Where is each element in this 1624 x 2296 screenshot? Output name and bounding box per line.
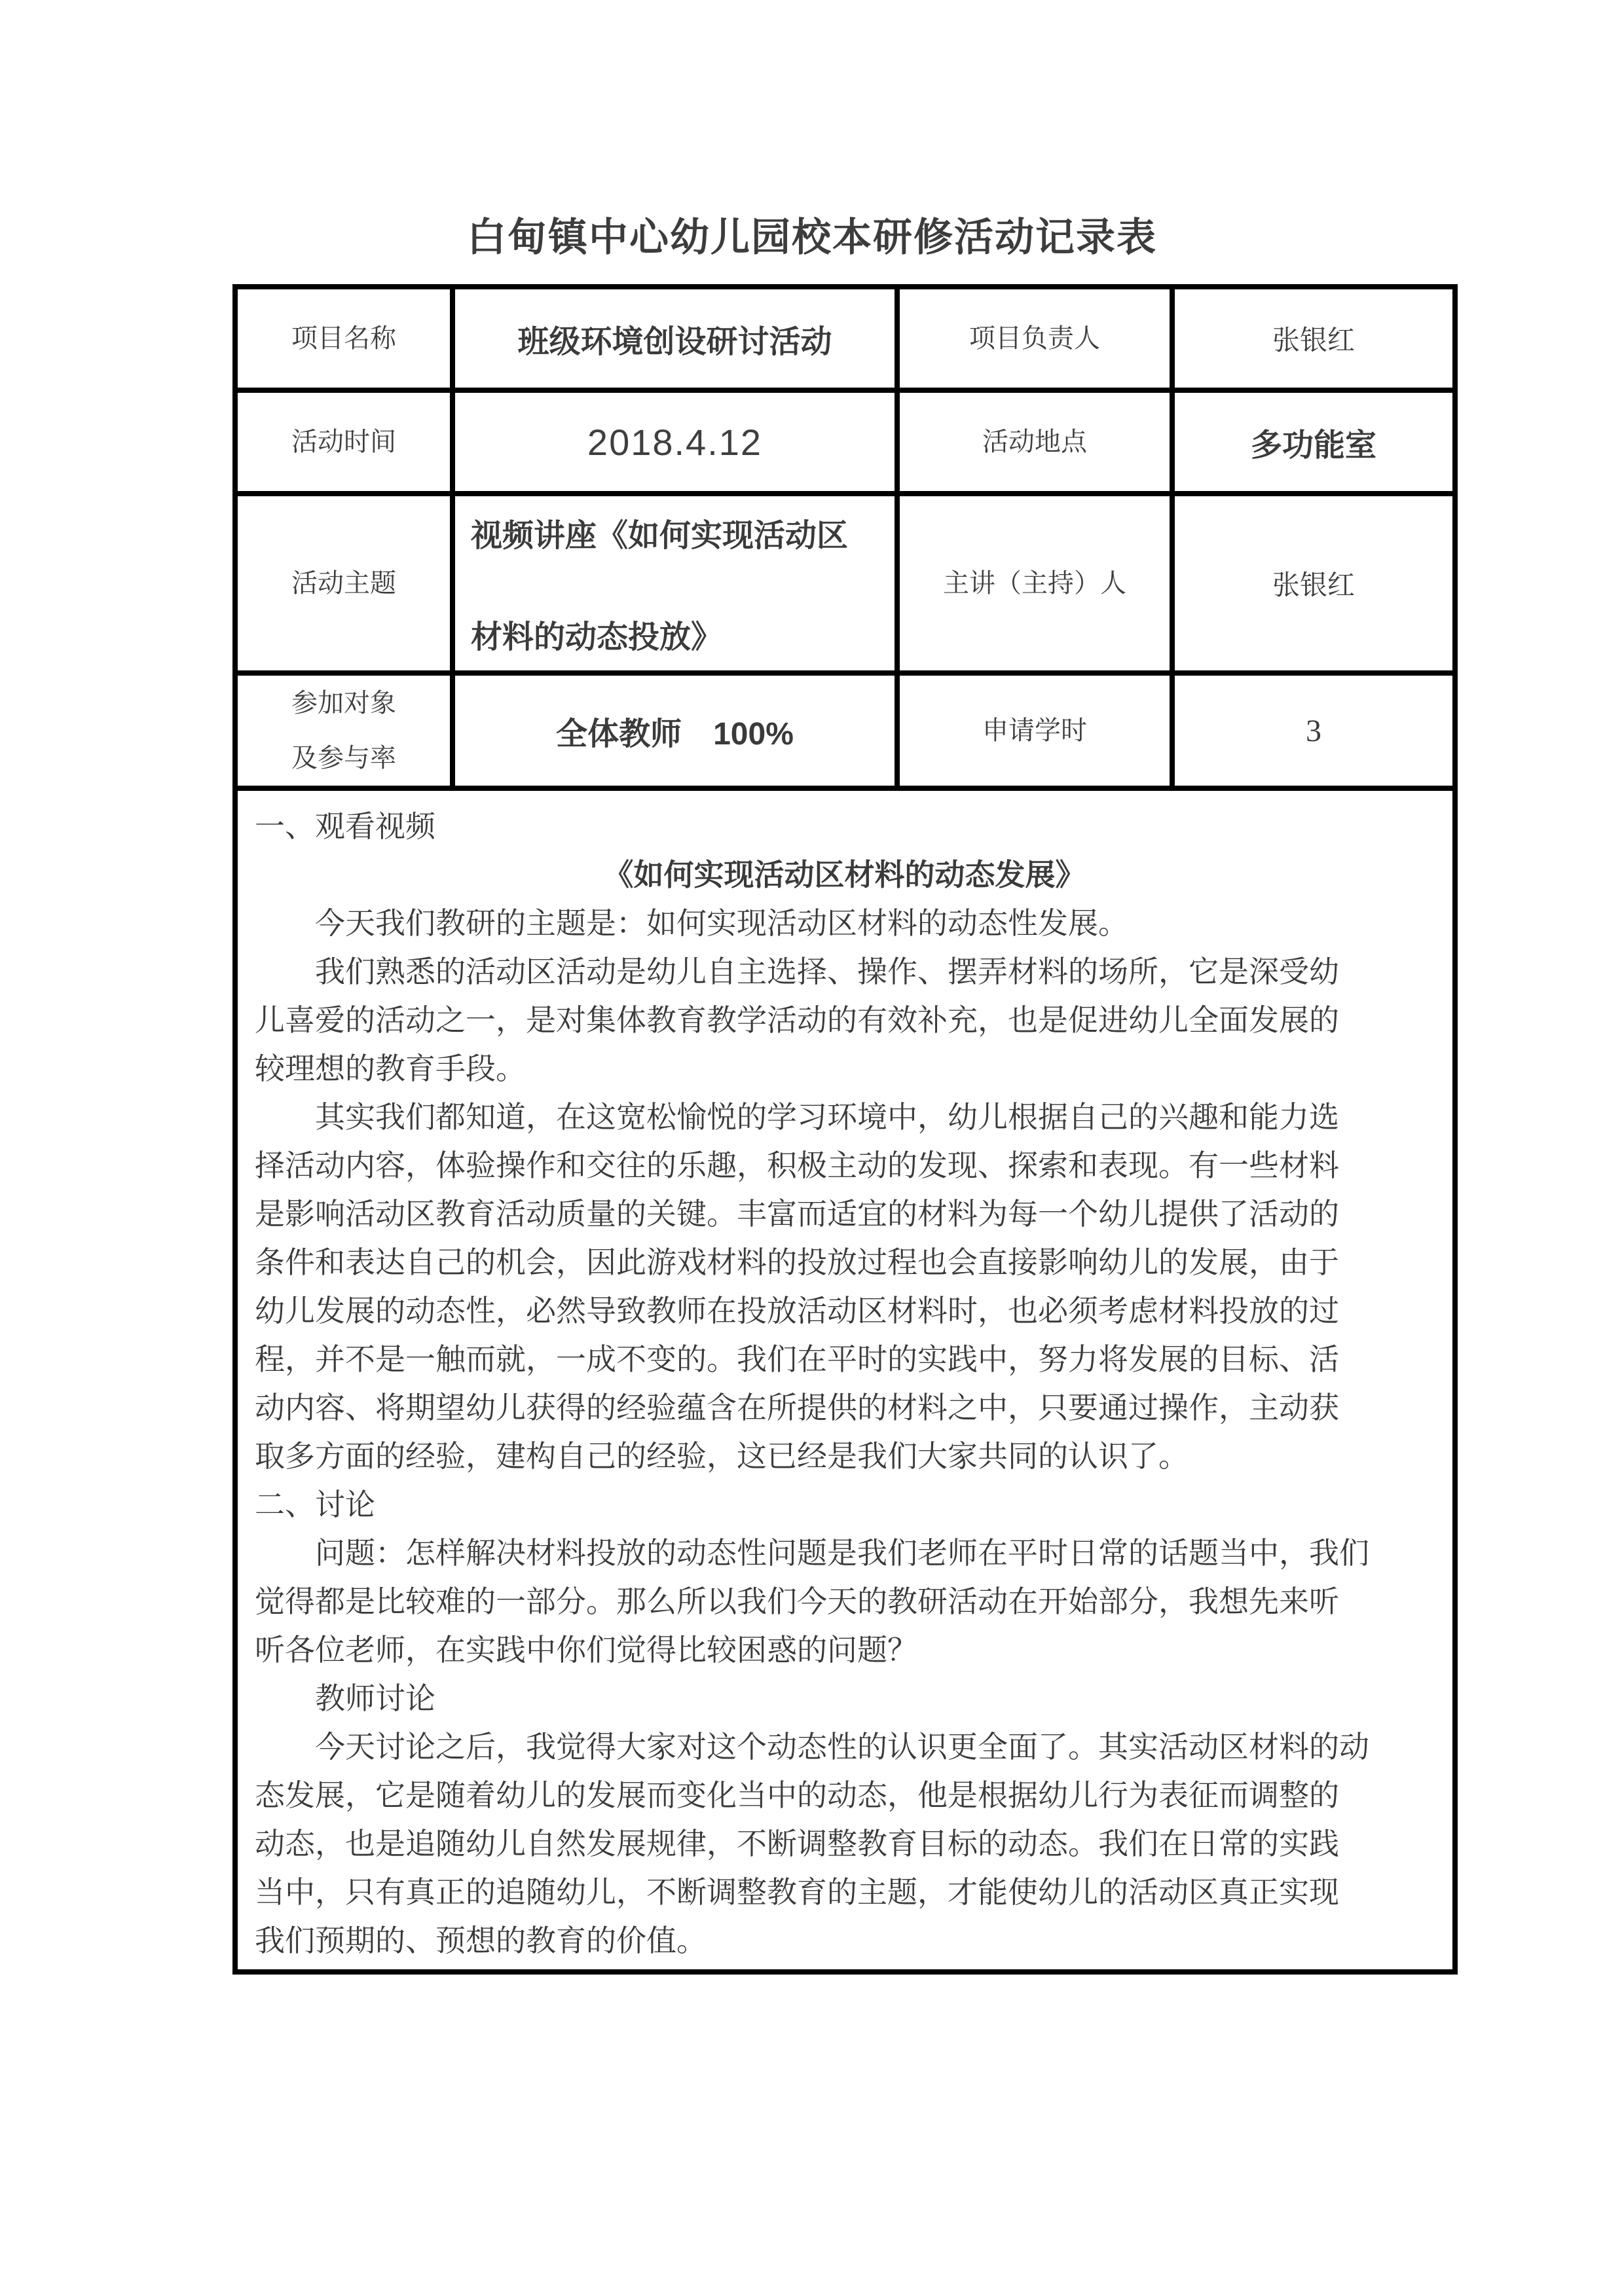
body-line: 今天讨论之后，我觉得大家对这个动态性的认识更全面了。其实活动区材料的动: [255, 1723, 1434, 1772]
body-line: 程，并不是一触而就，一成不变的。我们在平时的实践中，努力将发展的目标、活: [255, 1336, 1434, 1384]
cell-speaker-label: 主讲（主持）人: [900, 496, 1170, 670]
body-line: 问题：怎样解决材料投放的动态性问题是我们老师在平时日常的话题当中，我们: [255, 1529, 1434, 1578]
cell-credit-hours-label: 申请学时: [900, 676, 1170, 786]
cell-speaker-value: 张银红: [1175, 496, 1452, 670]
participants-label: 参加对象 及参与率: [291, 676, 396, 786]
activity-topic-value-line2: 材料的动态投放》: [471, 611, 722, 657]
cell-project-name-value: 班级环境创设研讨活动: [455, 289, 895, 388]
document-title: 白甸镇中心幼儿园校本研修活动记录表: [0, 215, 1624, 260]
project-name-value: 班级环境创设研讨活动: [517, 316, 832, 361]
cell-project-leader-value: 张银红: [1175, 289, 1452, 388]
body-line: 取多方面的经验，建构自己的经验，这已经是我们大家共同的认识了。: [255, 1432, 1434, 1481]
credit-hours-value: 3: [1306, 713, 1321, 749]
document-page: 白甸镇中心幼儿园校本研修活动记录表 项目名称 班级环境创设研讨活动 项目负责人 …: [0, 0, 1624, 2296]
body-line: 动内容、将期望幼儿获得的经验蕴含在所提供的材料之中，只要通过操作，主动获: [255, 1384, 1434, 1432]
activity-topic-value-line1: 视频讲座《如何实现活动区: [471, 510, 848, 555]
activity-place-label: 活动地点: [982, 429, 1087, 455]
cell-credit-hours-value: 3: [1175, 676, 1452, 786]
body-line: 其实我们都知道，在这宽松愉悦的学习环境中，幼儿根据自己的兴趣和能力选: [255, 1093, 1434, 1142]
cell-participants-label: 参加对象 及参与率: [238, 676, 450, 786]
section-1-heading: 一、观看视频: [255, 803, 1434, 851]
body-line: 态发展，它是随着幼儿的发展而变化当中的动态，他是根据幼儿行为表征而调整的: [255, 1772, 1434, 1820]
body-line: 当中，只有真正的追随幼儿，不断调整教育的主题，才能使幼儿的活动区真正实现: [255, 1868, 1434, 1917]
section-2-heading: 二、讨论: [255, 1481, 1434, 1529]
project-leader-label: 项目负责人: [969, 325, 1100, 352]
teacher-discussion-heading: 教师讨论: [255, 1675, 1434, 1723]
cell-project-leader-label: 项目负责人: [900, 289, 1170, 388]
project-leader-value: 张银红: [1272, 319, 1355, 358]
credit-hours-label: 申请学时: [982, 718, 1087, 744]
record-table: 项目名称 班级环境创设研讨活动 项目负责人 张银红 活动时间 2018.4.12…: [232, 284, 1458, 1975]
cell-project-name-label: 项目名称: [238, 289, 450, 388]
project-name-label: 项目名称: [291, 325, 396, 352]
body-line: 条件和表达自己的机会，因此游戏材料的投放过程也会直接影响幼儿的发展，由于: [255, 1239, 1434, 1287]
cell-activity-place-value: 多功能室: [1175, 393, 1452, 491]
body-line: 我们熟悉的活动区活动是幼儿自主选择、操作、摆弄材料的场所，它是深受幼: [255, 948, 1434, 996]
speaker-label: 主讲（主持）人: [943, 570, 1126, 596]
activity-topic-label: 活动主题: [291, 570, 396, 596]
cell-activity-topic-value: 视频讲座《如何实现活动区 材料的动态投放》: [455, 496, 895, 670]
cell-activity-place-label: 活动地点: [900, 393, 1170, 491]
activity-place-value: 多功能室: [1251, 420, 1376, 465]
body-line: 择活动内容，体验操作和交往的乐趣，积极主动的发现、探索和表现。有一些材料: [255, 1142, 1434, 1190]
speaker-value: 张银红: [1272, 564, 1355, 603]
cell-activity-time-label: 活动时间: [238, 393, 450, 491]
body-line: 今天我们教研的主题是：如何实现活动区材料的动态性发展。: [255, 900, 1434, 948]
participants-label-line2: 及参与率: [291, 743, 396, 773]
cell-participants-value: 全体教师 100%: [455, 676, 895, 786]
activity-record-body: 一、观看视频 《如何实现活动区材料的动态发展》 今天我们教研的主题是：如何实现活…: [238, 791, 1452, 1969]
body-line: 我们预期的、预想的教育的价值。: [255, 1917, 1434, 1965]
body-line: 是影响活动区教育活动质量的关键。丰富而适宜的材料为每一个幼儿提供了活动的: [255, 1190, 1434, 1239]
body-line: 较理想的教育手段。: [255, 1045, 1434, 1093]
cell-activity-topic-label: 活动主题: [238, 496, 450, 670]
body-line: 儿喜爱的活动之一，是对集体教育教学活动的有效补充，也是促进幼儿全面发展的: [255, 996, 1434, 1045]
body-line: 觉得都是比较难的一部分。那么所以我们今天的教研活动在开始部分，我想先来听: [255, 1578, 1434, 1626]
body-line: 幼儿发展的动态性，必然导致教师在投放活动区材料时，也必须考虑材料投放的过: [255, 1287, 1434, 1336]
participants-label-line1: 参加对象: [291, 688, 396, 718]
body-line: 听各位老师，在实践中你们觉得比较困惑的问题？: [255, 1626, 1434, 1675]
activity-time-label: 活动时间: [291, 429, 396, 455]
activity-time-value: 2018.4.12: [587, 421, 762, 464]
video-title: 《如何实现活动区材料的动态发展》: [255, 851, 1434, 900]
cell-activity-time-value: 2018.4.12: [455, 393, 895, 491]
body-line: 动态，也是追随幼儿自然发展规律，不断调整教育目标的动态。我们在日常的实践: [255, 1820, 1434, 1868]
participants-value: 全体教师 100%: [556, 708, 794, 754]
